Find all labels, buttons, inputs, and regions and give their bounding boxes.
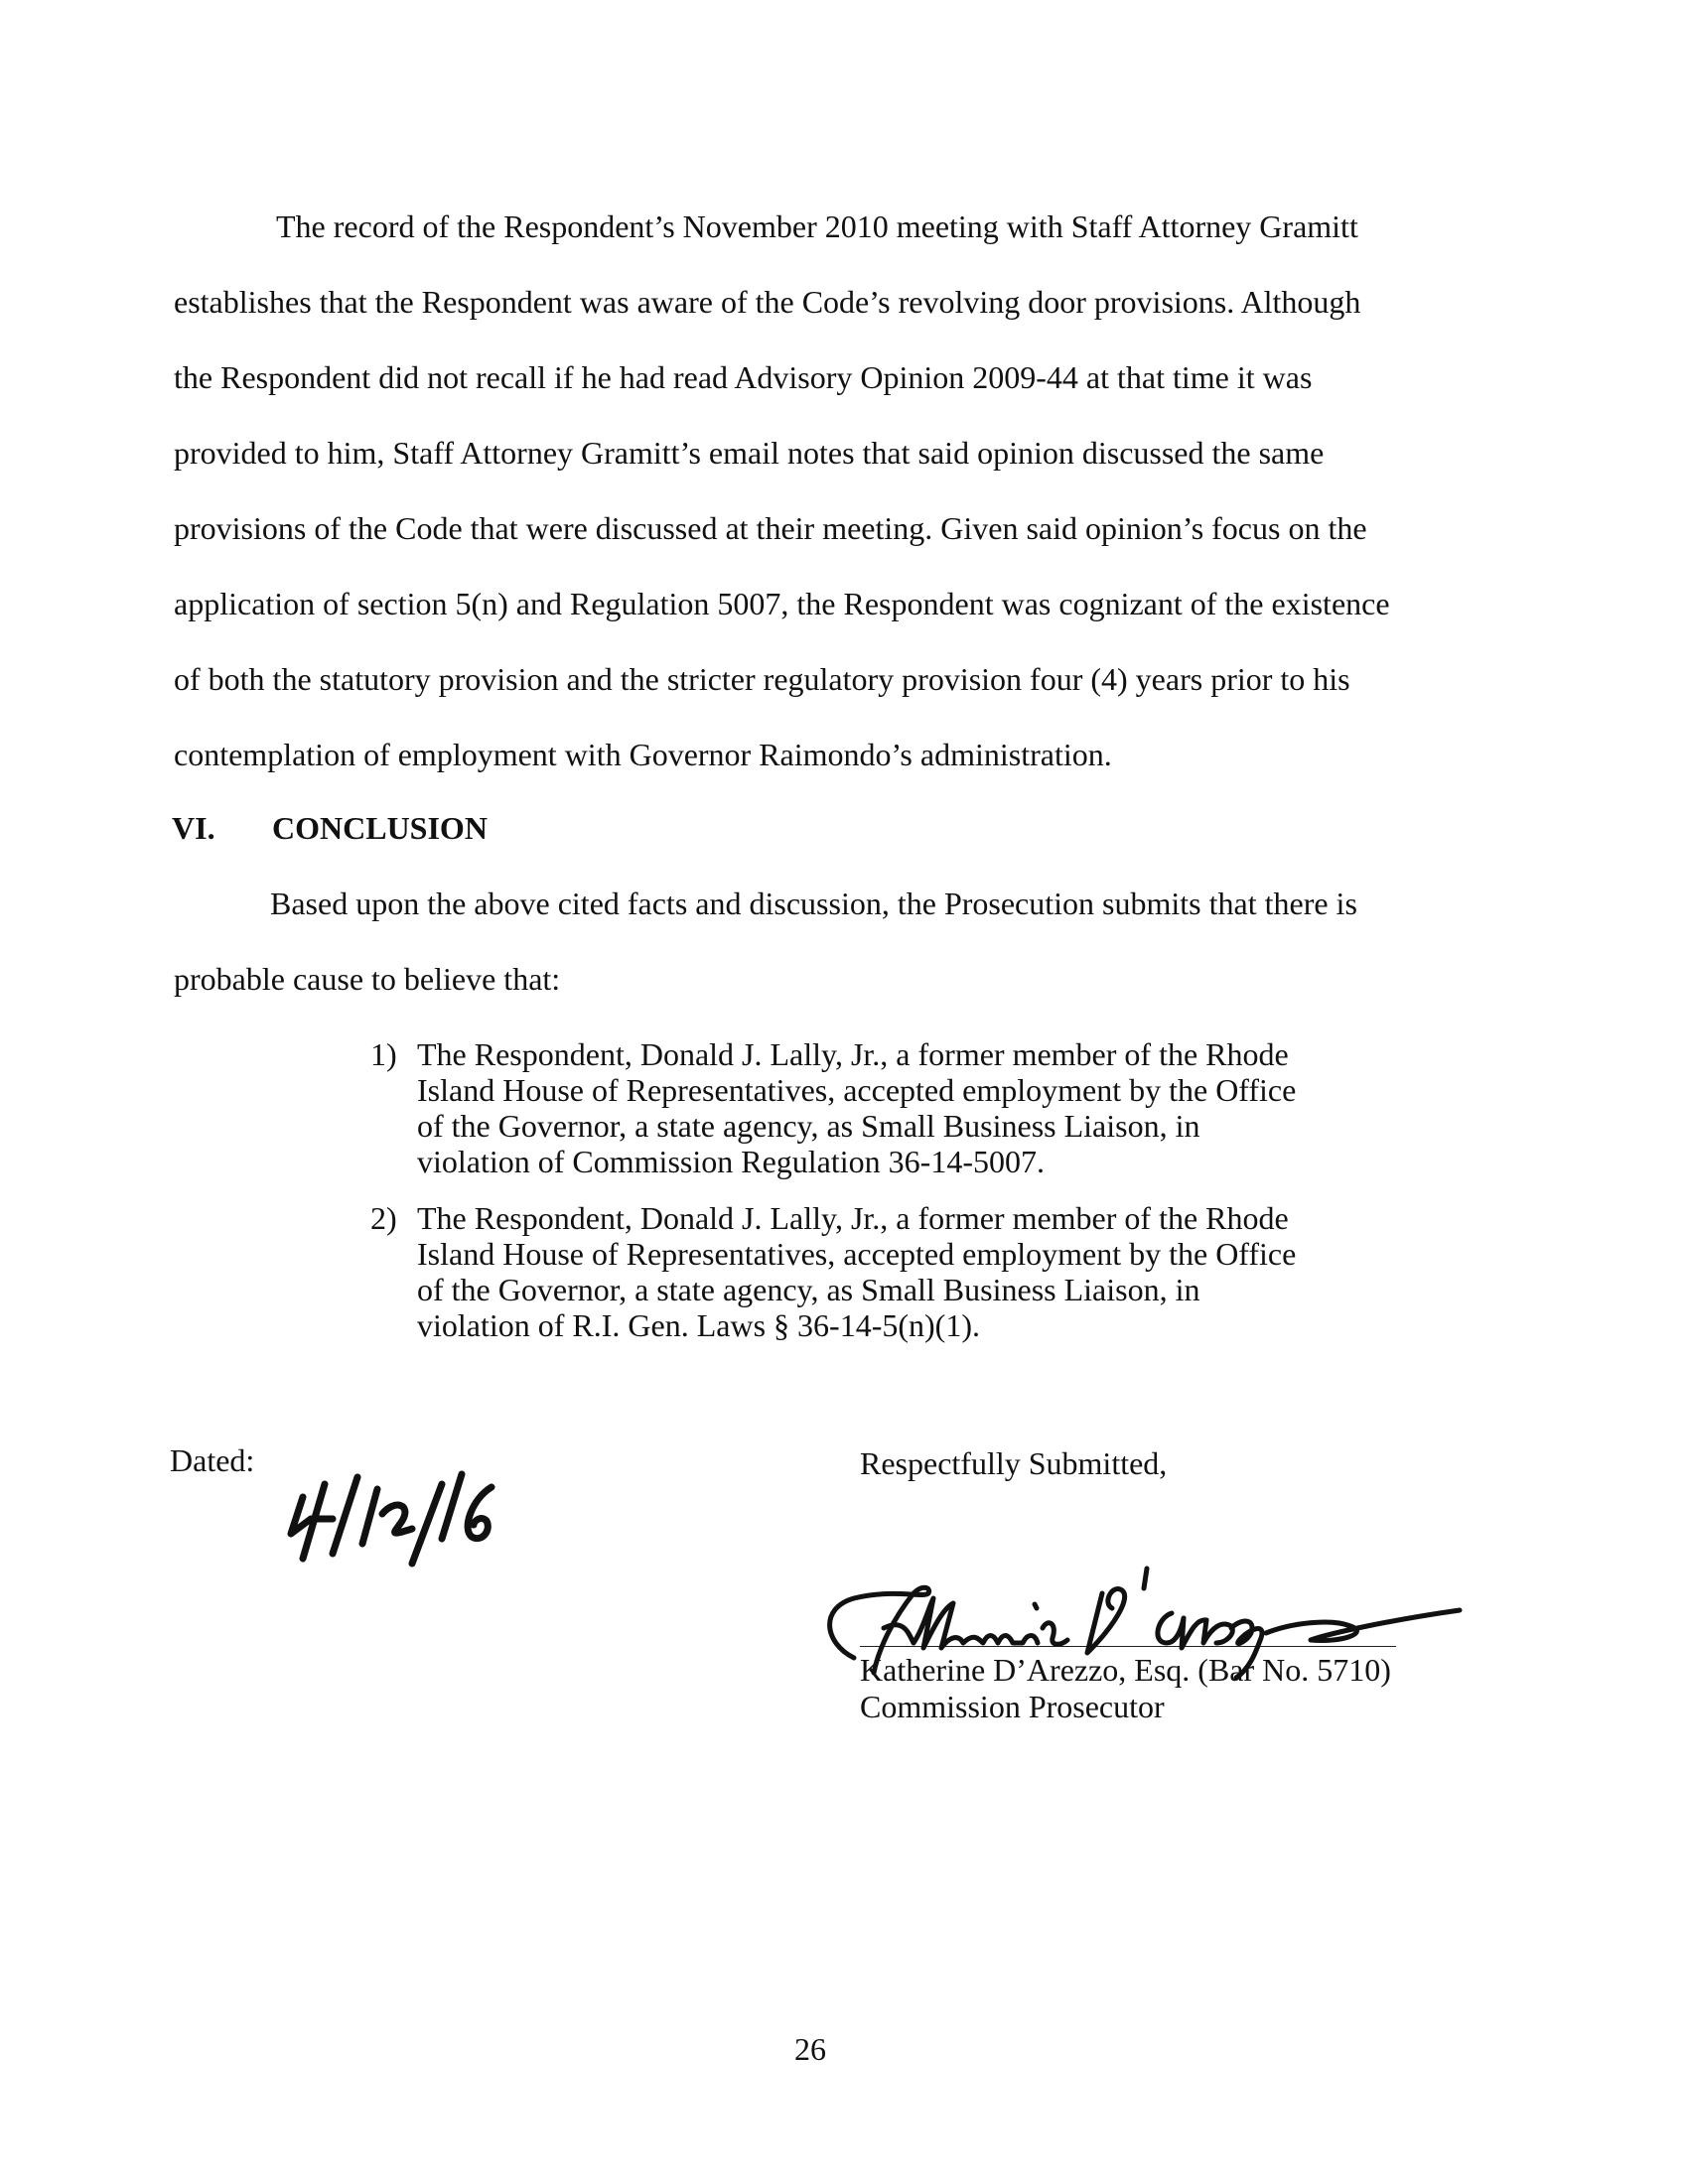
text-line: The Respondent, Donald J. Lally, Jr., a …: [417, 1036, 1289, 1072]
text-line: provided to him, Staff Attorney Gramitt’…: [174, 437, 1324, 469]
section-number: VI.: [172, 812, 215, 844]
text-line: Island House of Representatives, accepte…: [417, 1236, 1296, 1272]
text-line: of the Governor, a state agency, as Smal…: [417, 1272, 1199, 1307]
text-line: the Respondent did not recall if he had …: [174, 361, 1312, 393]
text-line: probable cause to believe that:: [174, 963, 560, 995]
handwritten-date-icon: [283, 1459, 511, 1569]
list-marker: 2): [370, 1200, 397, 1236]
text-line: of both the statutory provision and the …: [174, 663, 1350, 695]
text-line: The record of the Respondent’s November …: [276, 210, 1358, 242]
text-line: contemplation of employment with Governo…: [174, 739, 1112, 770]
page-number: 26: [794, 2033, 826, 2065]
section-title: CONCLUSION: [272, 812, 488, 844]
text-line: application of section 5(n) and Regulati…: [174, 588, 1390, 619]
dated-label: Dated:: [170, 1444, 254, 1476]
text-line: violation of R.I. Gen. Laws § 36-14-5(n)…: [417, 1307, 980, 1343]
text-line: violation of Commission Regulation 36-14…: [417, 1144, 1045, 1179]
closing-text: Respectfully Submitted,: [860, 1447, 1167, 1479]
text-line: provisions of the Code that were discuss…: [174, 512, 1367, 544]
signer-title: Commission Prosecutor: [860, 1691, 1165, 1722]
text-line: of the Governor, a state agency, as Smal…: [417, 1108, 1199, 1144]
text-line: establishes that the Respondent was awar…: [174, 286, 1360, 318]
list-marker: 1): [370, 1036, 397, 1072]
text-line: Based upon the above cited facts and dis…: [270, 887, 1357, 919]
text-line: The Respondent, Donald J. Lally, Jr., a …: [417, 1200, 1289, 1236]
text-line: Island House of Representatives, accepte…: [417, 1072, 1296, 1108]
handwritten-signature-icon: [814, 1549, 1470, 1688]
